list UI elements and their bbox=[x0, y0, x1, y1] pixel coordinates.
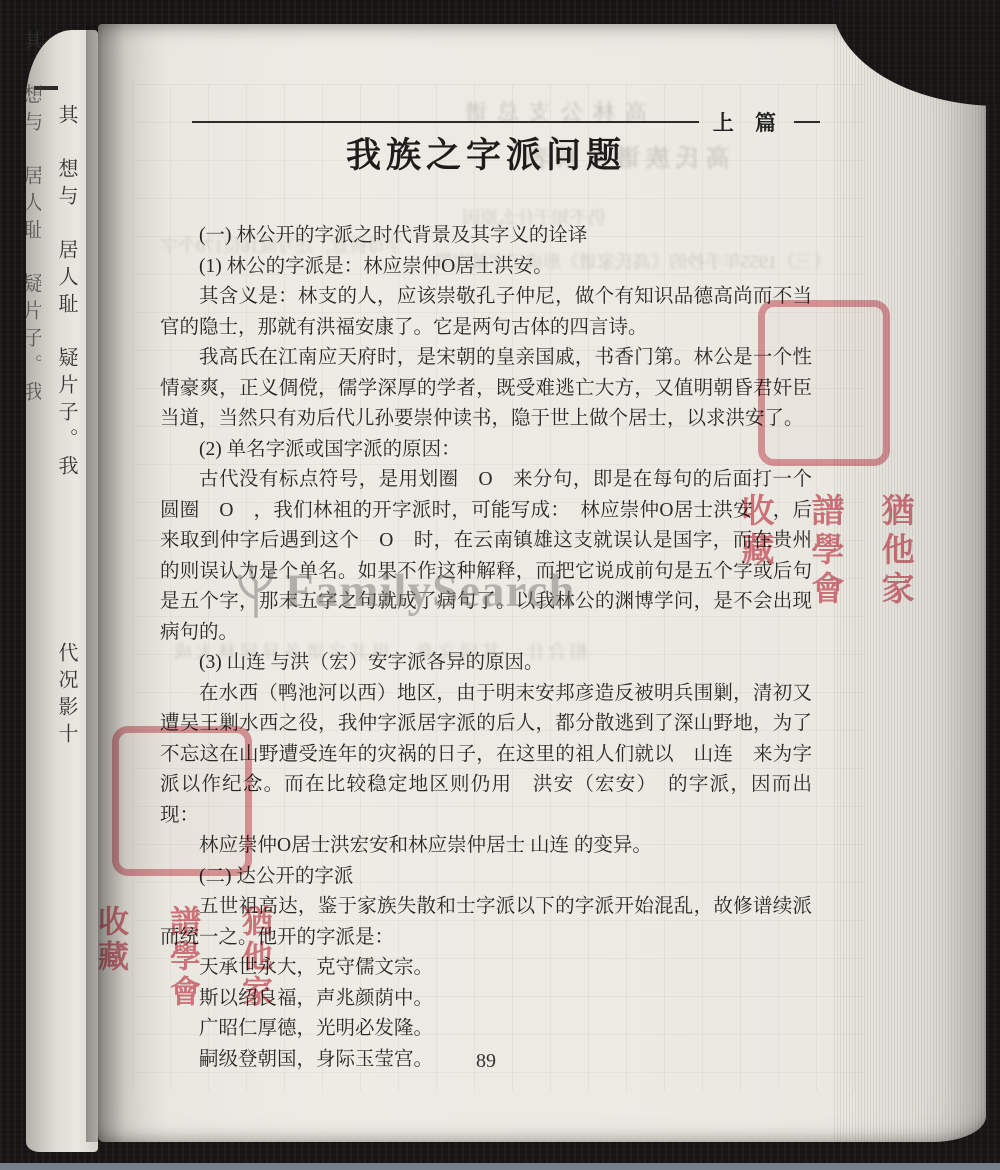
scanner-bottom-strip bbox=[0, 1163, 1000, 1170]
library-seal-top-right: 猶他家 譜學會 收藏 bbox=[758, 300, 890, 466]
seal-text: 猶他家 譜學會 收藏 bbox=[98, 593, 308, 1010]
book-page: 高林公支总谱 高氏族谱世系表 仍不知于什么原因 字母拼意，还写成16位170个字… bbox=[98, 24, 986, 1142]
seal-column: 譜學會 bbox=[807, 493, 843, 610]
margin-chars-clipped-text: 其 想与 居人耻 疑片子。我 bbox=[26, 30, 41, 408]
margin-chars-clipped: 其 想与 居人耻 疑片子。我 bbox=[26, 30, 41, 650]
poem-line: 广昭仁厚德，光明必发隆。 bbox=[160, 1014, 812, 1045]
seal-column: 收藏 bbox=[737, 493, 773, 571]
scanned-book-photo: 其 想与 居人耻 疑片子。我 其 想与 居人耻 疑片子。我 代况影十 高林公支总… bbox=[0, 0, 1000, 1170]
page-header: 上 篇 bbox=[160, 108, 812, 136]
seal-column: 收藏 bbox=[98, 905, 128, 975]
left-page-edge: 其 想与 居人耻 疑片子。我 其 想与 居人耻 疑片子。我 代况影十 bbox=[26, 30, 98, 1152]
header-rule bbox=[192, 121, 699, 123]
section-label: 上 篇 bbox=[713, 107, 784, 137]
seal-column: 譜學會 bbox=[165, 905, 200, 1010]
seal-text: 猶他家 譜學會 收藏 bbox=[702, 157, 947, 610]
seal-column: 猶他家 bbox=[237, 905, 272, 1010]
header-dash bbox=[794, 121, 820, 123]
margin-chars-lower: 代况影十 bbox=[52, 642, 81, 750]
library-seal-bottom-left: 猶他家 譜學會 收藏 bbox=[112, 726, 252, 876]
seal-column: 猶他家 bbox=[877, 493, 913, 610]
page-number: 89 bbox=[160, 1050, 812, 1073]
margin-chars-upper: 其 想与 居人耻 疑片子。我 bbox=[52, 104, 81, 482]
